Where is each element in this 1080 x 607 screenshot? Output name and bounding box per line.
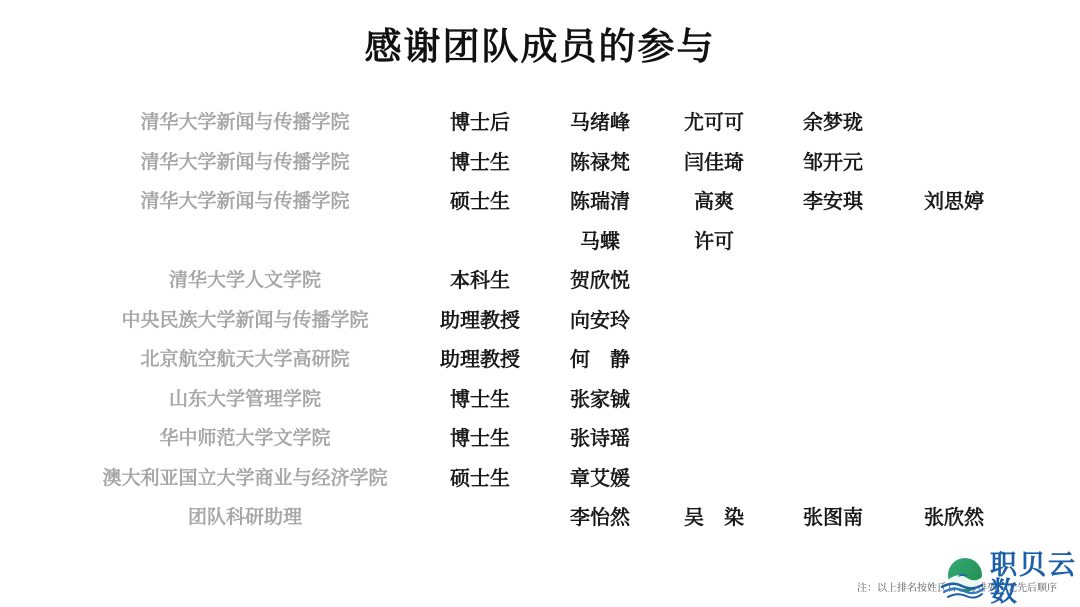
member-name: 吴 染 (655, 501, 773, 530)
table-row: 北京航空航天大学高研院 助理教授 何 静 (75, 338, 1080, 378)
member-name: 张诗瑶 (545, 422, 655, 451)
role-label: 助理教授 (415, 343, 545, 372)
institution-label: 团队科研助理 (75, 502, 415, 529)
member-name: 张家铖 (545, 383, 655, 412)
table-row: 清华大学人文学院 本科生 贺欣悦 (75, 259, 1080, 299)
member-name: 刘思婷 (893, 185, 1015, 214)
table-row: 清华大学新闻与传播学院 硕士生 陈瑞清 高爽 李安琪 刘思婷 (75, 180, 1080, 220)
member-name: 马蝶 (545, 225, 655, 254)
institution-label: 澳大利亚国立大学商业与经济学院 (75, 463, 415, 490)
role-label: 博士生 (415, 383, 545, 412)
member-name: 许可 (655, 225, 773, 254)
brand-logo-text: 职贝云数 (990, 552, 1080, 606)
member-name: 邹开元 (773, 146, 893, 175)
role-label: 硕士生 (415, 462, 545, 491)
table-row: 山东大学管理学院 博士生 张家铖 (75, 378, 1080, 418)
institution-label: 清华大学新闻与传播学院 (75, 107, 415, 134)
member-name: 马绪峰 (545, 106, 655, 135)
table-row: 华中师范大学文学院 博士生 张诗瑶 (75, 417, 1080, 457)
table-row: 澳大利亚国立大学商业与经济学院 硕士生 章艾媛 (75, 457, 1080, 497)
member-name: 向安玲 (545, 304, 655, 333)
role-label: 博士生 (415, 146, 545, 175)
institution-label: 中央民族大学新闻与传播学院 (75, 305, 415, 332)
table-row: 马蝶 许可 (75, 220, 1080, 260)
page-title: 感谢团队成员的参与 (0, 0, 1080, 68)
member-name: 余梦珑 (773, 106, 893, 135)
member-name: 张图南 (773, 501, 893, 530)
member-name: 贺欣悦 (545, 264, 655, 293)
member-name: 何 静 (545, 343, 655, 372)
role-label: 助理教授 (415, 304, 545, 333)
institution-label: 华中师范大学文学院 (75, 423, 415, 450)
institution-label: 清华大学新闻与传播学院 (75, 147, 415, 174)
member-name: 张欣然 (893, 501, 1015, 530)
role-label: 博士后 (415, 106, 545, 135)
table-row: 中央民族大学新闻与传播学院 助理教授 向安玲 (75, 299, 1080, 339)
role-label: 博士生 (415, 422, 545, 451)
role-label: 本科生 (415, 264, 545, 293)
table-row: 清华大学新闻与传播学院 博士后 马绪峰 尤可可 余梦珑 (75, 101, 1080, 141)
member-name: 李怡然 (545, 501, 655, 530)
role-label: 硕士生 (415, 185, 545, 214)
member-name: 闫佳琦 (655, 146, 773, 175)
member-name: 高爽 (655, 185, 773, 214)
table-row: 清华大学新闻与传播学院 博士生 陈禄梵 闫佳琦 邹开元 (75, 141, 1080, 181)
table-row: 团队科研助理 李怡然 吴 染 张图南 张欣然 (75, 496, 1080, 536)
member-name: 陈禄梵 (545, 146, 655, 175)
member-name: 李安琪 (773, 185, 893, 214)
member-name: 陈瑞清 (545, 185, 655, 214)
member-name: 尤可可 (655, 106, 773, 135)
globe-wave-icon (940, 555, 988, 603)
institution-label: 清华大学人文学院 (75, 265, 415, 292)
institution-label: 北京航空航天大学高研院 (75, 344, 415, 371)
team-roster-table: 清华大学新闻与传播学院 博士后 马绪峰 尤可可 余梦珑 清华大学新闻与传播学院 … (75, 101, 1080, 536)
brand-logo: 职贝云数 (940, 552, 1080, 606)
institution-label: 清华大学新闻与传播学院 (75, 186, 415, 213)
acknowledgement-slide: 感谢团队成员的参与 清华大学新闻与传播学院 博士后 马绪峰 尤可可 余梦珑 清华… (0, 0, 1080, 607)
institution-label: 山东大学管理学院 (75, 384, 415, 411)
member-name: 章艾媛 (545, 462, 655, 491)
